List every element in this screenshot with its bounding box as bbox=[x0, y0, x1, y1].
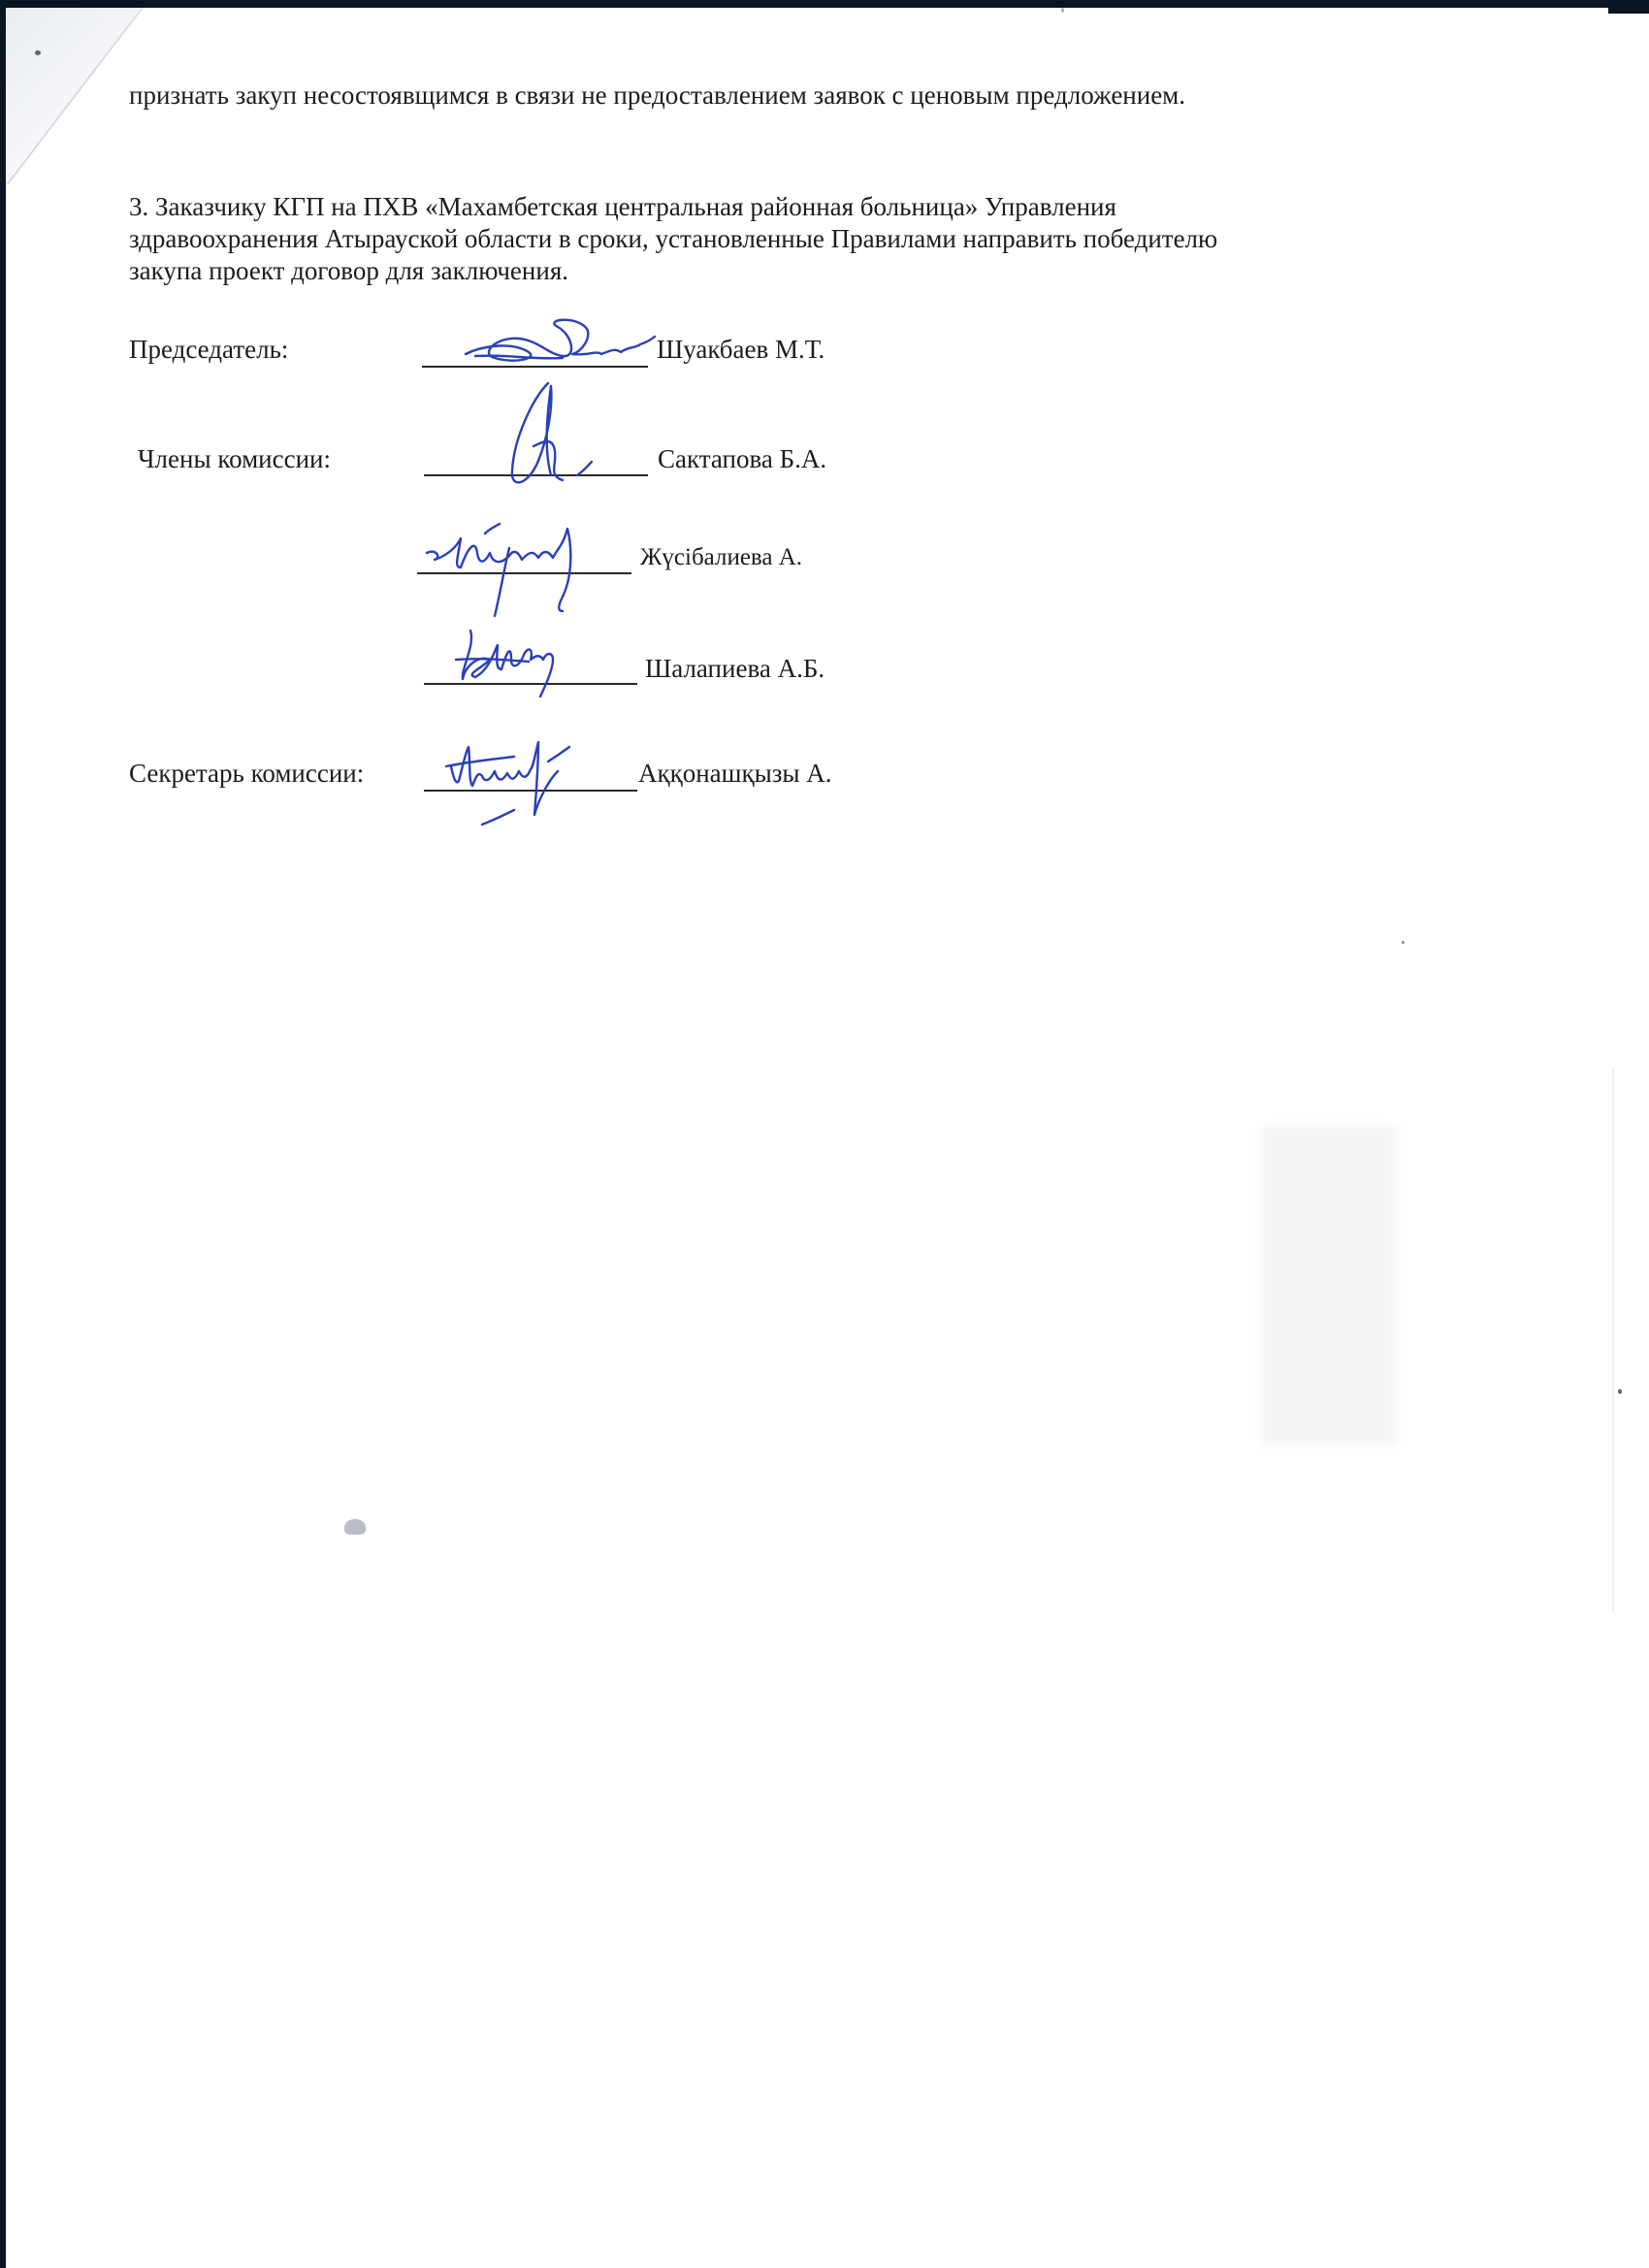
scan-speck bbox=[344, 1519, 366, 1535]
member-signature bbox=[495, 378, 611, 495]
scan-speck bbox=[1618, 1389, 1622, 1394]
chairman-name: Шуакбаев М.Т. bbox=[657, 334, 824, 365]
member-signature bbox=[451, 611, 606, 698]
secretary-signature bbox=[441, 723, 616, 829]
paragraph-continuation: признать закуп несостоявщимся в связи не… bbox=[129, 80, 1185, 111]
member-name: Жүсібалиева А. bbox=[640, 542, 802, 573]
chairman-signature bbox=[456, 315, 669, 373]
scan-speck bbox=[35, 50, 41, 55]
secretary-label: Секретарь комиссии: bbox=[129, 758, 364, 789]
paragraph-3-line: 3. Заказчику КГП на ПХВ «Махамбетская це… bbox=[129, 191, 1217, 223]
scan-edge-line bbox=[1612, 1067, 1614, 1610]
paragraph-3-line: здравоохранения Атырауской области в сро… bbox=[129, 223, 1217, 255]
paragraph-3-line: закупа проект договор для заключения. bbox=[129, 255, 1217, 287]
member-signature bbox=[417, 509, 640, 616]
paragraph-3: 3. Заказчику КГП на ПХВ «Махамбетская це… bbox=[129, 191, 1217, 287]
chairman-label: Председатель: bbox=[129, 334, 288, 365]
scan-border bbox=[1608, 0, 1649, 14]
scan-speck bbox=[1402, 941, 1405, 944]
member-name: Шалапиева А.Б. bbox=[645, 653, 824, 684]
scan-speck bbox=[1061, 8, 1064, 13]
secretary-name: Аққонашқызы А. bbox=[638, 758, 832, 789]
members-label: Члены комиссии: bbox=[138, 443, 331, 474]
member-name: Сактапова Б.А. bbox=[658, 443, 826, 474]
bleed-through-smudge bbox=[1261, 1125, 1397, 1445]
